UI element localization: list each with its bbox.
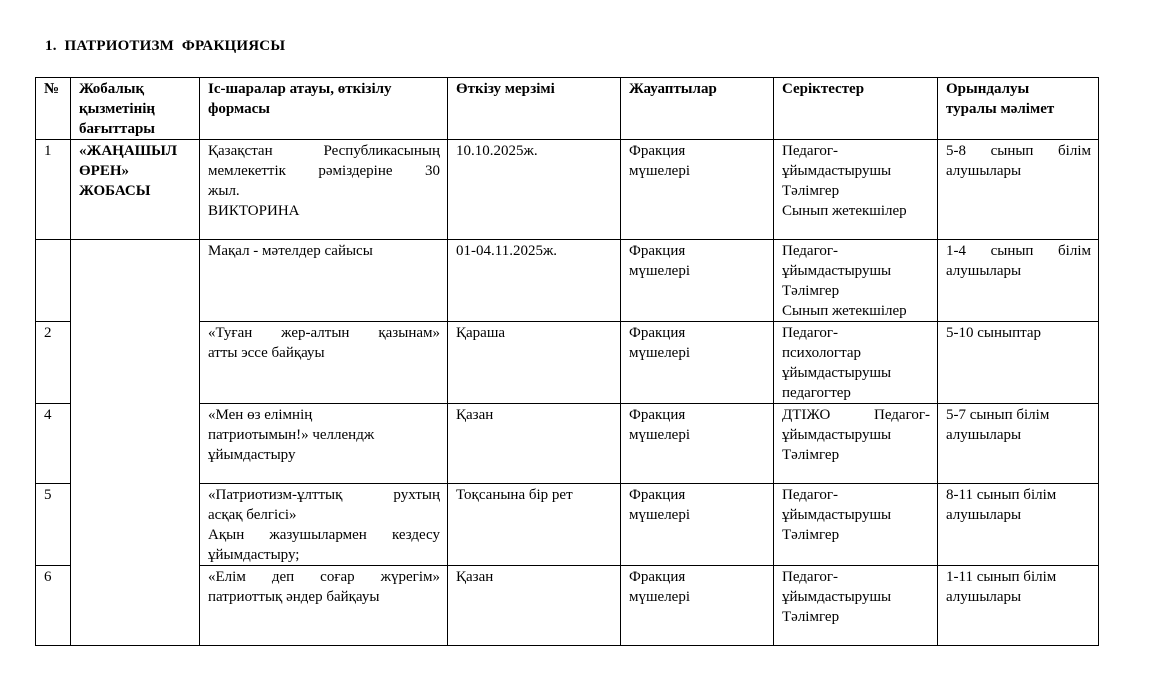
- event-date: Тоқсанына бір рет: [448, 484, 621, 566]
- table-row: Мақал - мәтелдер сайысы01-04.11.2025ж.Фр…: [36, 240, 1099, 322]
- cell-line: 6: [44, 567, 63, 587]
- row-number: 4: [36, 404, 71, 484]
- cell-line: мүшелері: [629, 161, 766, 181]
- event-name: «Туған жер-алтын қазынам»атты эссе байқа…: [200, 322, 448, 404]
- cell-line: асқақ белгісі»: [208, 505, 440, 525]
- row-number: 6: [36, 566, 71, 646]
- cell-line: педагогтер: [782, 383, 930, 403]
- cell-line: Іс-шаралар атауы, өткізілу: [208, 79, 440, 99]
- responsible: Фракциямүшелері: [621, 566, 774, 646]
- partners: Педагог-ұйымдастырушыТәлімгерСынып жетек…: [774, 240, 938, 322]
- cell-line: 2: [44, 323, 63, 343]
- cell-line: Педагог-: [782, 485, 930, 505]
- event-name: «Елім деп соғар жүрегім»патриоттық әндер…: [200, 566, 448, 646]
- cell-line: Тәлімгер: [782, 181, 930, 201]
- partners: Педагог-ұйымдастырушыТәлімгерСынып жетек…: [774, 140, 938, 240]
- cell-line: Фракция: [629, 323, 766, 343]
- header-partners: Серіктестер: [774, 78, 938, 140]
- row-number: 5: [36, 484, 71, 566]
- cell-line: Тоқсанына бір рет: [456, 485, 613, 505]
- partners: Педагог-ұйымдастырушыТәлімгер: [774, 484, 938, 566]
- cell-line: ұйымдастырушы: [782, 505, 930, 525]
- cell-line: №: [44, 79, 63, 99]
- cell-line: мүшелері: [629, 425, 766, 445]
- event-date: Қазан: [448, 404, 621, 484]
- cell-line: ұйымдастырушы: [782, 363, 930, 383]
- cell-line: Ақын жазушылармен кездесу: [208, 525, 440, 545]
- cell-line: «Туған жер-алтын қазынам»: [208, 323, 440, 343]
- cell-line: 5-7 сынып білім: [946, 405, 1091, 425]
- cell-line: Педагог-: [782, 567, 930, 587]
- cell-line: Жобалық: [79, 79, 192, 99]
- header-row: № Жобалыққызметініңбағыттары Іс-шаралар …: [36, 78, 1099, 140]
- cell-line: Қазан: [456, 567, 613, 587]
- event-name: Мақал - мәтелдер сайысы: [200, 240, 448, 322]
- cell-line: формасы: [208, 99, 440, 119]
- cell-line: Сынып жетекшілер: [782, 301, 930, 321]
- responsible: Фракциямүшелері: [621, 404, 774, 484]
- cell-line: ұйымдастыру;: [208, 545, 440, 565]
- section-heading: 1. ПАТРИОТИЗМ ФРАКЦИЯСЫ: [45, 38, 285, 55]
- cell-line: Тәлімгер: [782, 445, 930, 465]
- cell-line: мүшелері: [629, 343, 766, 363]
- header-date: Өткізу мерзімі: [448, 78, 621, 140]
- project-direction-empty: [71, 240, 200, 646]
- event-name: Қазақстан Республикасыныңмемлекеттік рәм…: [200, 140, 448, 240]
- result-info: 5-7 сынып білімалушылары: [938, 404, 1099, 484]
- event-name: «Патриотизм-ұлттық рухтыңасқақ белгісі»А…: [200, 484, 448, 566]
- responsible: Фракциямүшелері: [621, 322, 774, 404]
- cell-line: ВИКТОРИНА: [208, 201, 440, 221]
- row-number: 2: [36, 322, 71, 404]
- event-name: «Мен өз елімніңпатриотымын!» челленджұйы…: [200, 404, 448, 484]
- cell-line: 4: [44, 405, 63, 425]
- cell-line: Мақал - мәтелдер сайысы: [208, 241, 440, 261]
- cell-line: алушылары: [946, 587, 1091, 607]
- event-date: Қараша: [448, 322, 621, 404]
- cell-line: 5-10 сыныптар: [946, 323, 1091, 343]
- cell-line: 01-04.11.2025ж.: [456, 241, 613, 261]
- table-row: 1«ЖАҢАШЫЛӨРЕН»ЖОБАСЫҚазақстан Республика…: [36, 140, 1099, 240]
- cell-line: ұйымдастырушы: [782, 261, 930, 281]
- cell-line: Өткізу мерзімі: [456, 79, 613, 99]
- cell-line: «Мен өз елімнің: [208, 405, 440, 425]
- cell-line: Тәлімгер: [782, 281, 930, 301]
- cell-line: патриоттық әндер байқауы: [208, 587, 440, 607]
- cell-line: атты эссе байқауы: [208, 343, 440, 363]
- project-direction: «ЖАҢАШЫЛӨРЕН»ЖОБАСЫ: [71, 140, 200, 240]
- cell-line: 5: [44, 485, 63, 505]
- cell-line: бағыттары: [79, 119, 192, 139]
- cell-line: «ЖАҢАШЫЛ: [79, 141, 192, 161]
- result-info: 1-4 сынып білімалушылары: [938, 240, 1099, 322]
- cell-line: 1-11 сынып білім: [946, 567, 1091, 587]
- header-responsible: Жауаптылар: [621, 78, 774, 140]
- event-date: 10.10.2025ж.: [448, 140, 621, 240]
- partners: Педагог-ұйымдастырушыТәлімгер: [774, 566, 938, 646]
- activity-plan-table: № Жобалыққызметініңбағыттары Іс-шаралар …: [35, 77, 1099, 646]
- event-date: Қазан: [448, 566, 621, 646]
- cell-line: Педагог-: [782, 323, 930, 343]
- cell-line: алушылары: [946, 261, 1091, 281]
- cell-line: жыл.: [208, 181, 440, 201]
- responsible: Фракциямүшелері: [621, 140, 774, 240]
- cell-line: Педагог-: [782, 141, 930, 161]
- cell-line: ұйымдастырушы: [782, 425, 930, 445]
- cell-line: Қазан: [456, 405, 613, 425]
- cell-line: Сынып жетекшілер: [782, 201, 930, 221]
- responsible: Фракциямүшелері: [621, 484, 774, 566]
- cell-line: ӨРЕН»: [79, 161, 192, 181]
- cell-line: Тәлімгер: [782, 607, 930, 627]
- header-number: №: [36, 78, 71, 140]
- cell-line: ұйымдастырушы: [782, 161, 930, 181]
- partners: ДТІЖО Педагог-ұйымдастырушыТәлімгер: [774, 404, 938, 484]
- cell-line: мүшелері: [629, 587, 766, 607]
- cell-line: 10.10.2025ж.: [456, 141, 613, 161]
- event-date: 01-04.11.2025ж.: [448, 240, 621, 322]
- header-result: Орындалуытуралы мәлімет: [938, 78, 1099, 140]
- cell-line: мемлекеттік рәміздеріне 30: [208, 161, 440, 181]
- cell-line: Фракция: [629, 141, 766, 161]
- partners: Педагог-психологтарұйымдастырушыпедагогт…: [774, 322, 938, 404]
- cell-line: мүшелері: [629, 505, 766, 525]
- result-info: 5-10 сыныптар: [938, 322, 1099, 404]
- cell-line: Қараша: [456, 323, 613, 343]
- result-info: 8-11 сынып білімалушылары: [938, 484, 1099, 566]
- cell-line: ұйымдастырушы: [782, 587, 930, 607]
- cell-line: «Елім деп соғар жүрегім»: [208, 567, 440, 587]
- cell-line: психологтар: [782, 343, 930, 363]
- cell-line: ДТІЖО Педагог-: [782, 405, 930, 425]
- cell-line: Жауаптылар: [629, 79, 766, 99]
- cell-line: Педагог-: [782, 241, 930, 261]
- cell-line: 1-4 сынып білім: [946, 241, 1091, 261]
- cell-line: 5-8 сынып білім: [946, 141, 1091, 161]
- cell-line: Қазақстан Республикасының: [208, 141, 440, 161]
- row-number: [36, 240, 71, 322]
- cell-line: Серіктестер: [782, 79, 930, 99]
- cell-line: қызметінің: [79, 99, 192, 119]
- cell-line: алушылары: [946, 161, 1091, 181]
- cell-line: 1: [44, 141, 63, 161]
- responsible: Фракциямүшелері: [621, 240, 774, 322]
- cell-line: алушылары: [946, 505, 1091, 525]
- row-number: 1: [36, 140, 71, 240]
- result-info: 1-11 сынып білімалушылары: [938, 566, 1099, 646]
- cell-line: Фракция: [629, 241, 766, 261]
- header-project-direction: Жобалыққызметініңбағыттары: [71, 78, 200, 140]
- header-event-name: Іс-шаралар атауы, өткізілуформасы: [200, 78, 448, 140]
- cell-line: мүшелері: [629, 261, 766, 281]
- cell-line: Тәлімгер: [782, 525, 930, 545]
- cell-line: Фракция: [629, 485, 766, 505]
- cell-line: Фракция: [629, 405, 766, 425]
- cell-line: Фракция: [629, 567, 766, 587]
- cell-line: «Патриотизм-ұлттық рухтың: [208, 485, 440, 505]
- cell-line: 8-11 сынып білім: [946, 485, 1091, 505]
- cell-line: туралы мәлімет: [946, 99, 1091, 119]
- result-info: 5-8 сынып білімалушылары: [938, 140, 1099, 240]
- cell-line: патриотымын!» челлендж: [208, 425, 440, 445]
- cell-line: алушылары: [946, 425, 1091, 445]
- cell-line: Орындалуы: [946, 79, 1091, 99]
- cell-line: ұйымдастыру: [208, 445, 440, 465]
- cell-line: ЖОБАСЫ: [79, 181, 192, 201]
